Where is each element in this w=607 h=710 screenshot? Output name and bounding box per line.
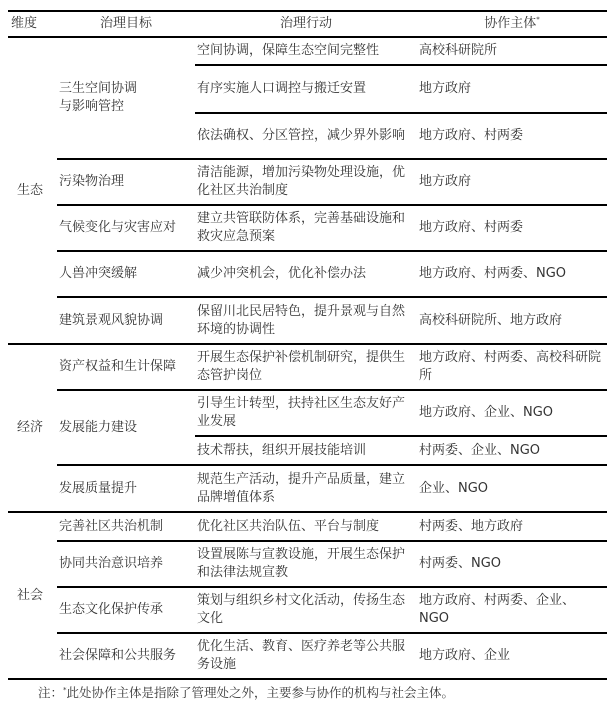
table-row: 生态文化保护传承 策划与组织乡村文化活动，传扬生态文化 地方政府、村两委、企业、… [8, 587, 607, 633]
footnote-prefix: 注： [38, 685, 63, 700]
action-cell: 保留川北民居特色，提升景观与自然环境的协调性 [195, 297, 417, 344]
action-cell: 清洁能源，增加污染物处理设施，优化社区共治制度 [195, 159, 417, 205]
actor-cell: 地方政府、村两委 [417, 205, 607, 251]
header-action: 治理行动 [195, 11, 417, 37]
actor-cell: 地方政府、村两委、高校科研院所 [417, 344, 607, 390]
table-row: 生态 三生空间协调 与影响管控 空间协调，保障生态空间完整性 高校科研院所 [8, 37, 607, 65]
action-cell: 有序实施人口调控与搬迁安置 [195, 65, 417, 113]
dimension-cell-ecology: 生态 [8, 37, 57, 344]
goal-cell: 社会保障和公共服务 [57, 633, 195, 679]
actor-cell: 地方政府、企业 [417, 633, 607, 679]
table-row: 发展质量提升 规范生产活动，提升产品质量，建立品牌增值体系 企业、NGO [8, 465, 607, 512]
actor-cell: 地方政府、企业、NGO [417, 390, 607, 436]
goal-line: 三生空间协调 [59, 80, 193, 98]
goal-cell: 污染物治理 [57, 159, 195, 205]
header-actor-label: 协作主体 [484, 16, 536, 31]
footnote-marker: * [536, 16, 540, 24]
header-goal: 治理目标 [57, 11, 195, 37]
action-cell: 依法确权、分区管控，减少界外影响 [195, 113, 417, 159]
dimension-cell-society: 社会 [8, 512, 57, 679]
action-cell: 开展生态保护补偿机制研究，提供生态管护岗位 [195, 344, 417, 390]
table-row: 社会保障和公共服务 优化生活、教育、医疗养老等公共服务设施 地方政府、企业 [8, 633, 607, 679]
table-row: 气候变化与灾害应对 建立共管联防体系，完善基础设施和救灾应急预案 地方政府、村两… [8, 205, 607, 251]
actor-cell: 高校科研院所、地方政府 [417, 297, 607, 344]
actor-cell: 高校科研院所 [417, 37, 607, 65]
actor-cell: 地方政府、村两委、NGO [417, 251, 607, 297]
table-header-row: 维度 治理目标 治理行动 协作主体* [8, 11, 607, 37]
goal-cell: 气候变化与灾害应对 [57, 205, 195, 251]
action-cell: 建立共管联防体系，完善基础设施和救灾应急预案 [195, 205, 417, 251]
action-cell: 优化社区共治队伍、平台与制度 [195, 512, 417, 541]
action-cell: 规范生产活动，提升产品质量，建立品牌增值体系 [195, 465, 417, 512]
goal-cell: 完善社区共治机制 [57, 512, 195, 541]
goal-cell: 人兽冲突缓解 [57, 251, 195, 297]
action-cell: 优化生活、教育、医疗养老等公共服务设施 [195, 633, 417, 679]
table-row: 协同共治意识培养 设置展陈与宣教设施，开展生态保护和法律法规宣教 村两委、NGO [8, 541, 607, 587]
footnote-text: 此处协作主体是指除了管理处之外，主要参与协作的机构与社会主体。 [67, 685, 455, 700]
actor-cell: 地方政府 [417, 65, 607, 113]
goal-cell: 建筑景观风貌协调 [57, 297, 195, 344]
action-cell: 引导生计转型，扶持社区生态友好产业发展 [195, 390, 417, 436]
action-cell: 策划与组织乡村文化活动，传扬生态文化 [195, 587, 417, 633]
goal-cell: 协同共治意识培养 [57, 541, 195, 587]
table-row: 人兽冲突缓解 减少冲突机会，优化补偿办法 地方政府、村两委、NGO [8, 251, 607, 297]
action-cell: 设置展陈与宣教设施，开展生态保护和法律法规宣教 [195, 541, 417, 587]
actor-cell: 村两委、NGO [417, 541, 607, 587]
goal-cell: 三生空间协调 与影响管控 [57, 37, 195, 159]
table-row: 发展能力建设 引导生计转型，扶持社区生态友好产业发展 地方政府、企业、NGO [8, 390, 607, 436]
table-row: 污染物治理 清洁能源，增加污染物处理设施，优化社区共治制度 地方政府 [8, 159, 607, 205]
goal-cell: 生态文化保护传承 [57, 587, 195, 633]
action-cell: 减少冲突机会，优化补偿办法 [195, 251, 417, 297]
table-row: 社会 完善社区共治机制 优化社区共治队伍、平台与制度 村两委、地方政府 [8, 512, 607, 541]
goal-line: 与影响管控 [59, 98, 193, 116]
actor-cell: 地方政府、村两委 [417, 113, 607, 159]
table-footnote: 注：*此处协作主体是指除了管理处之外，主要参与协作的机构与社会主体。 [38, 683, 454, 701]
table-row: 建筑景观风貌协调 保留川北民居特色，提升景观与自然环境的协调性 高校科研院所、地… [8, 297, 607, 344]
action-cell: 技术帮扶，组织开展技能培训 [195, 436, 417, 465]
table-row: 经济 资产权益和生计保障 开展生态保护补偿机制研究，提供生态管护岗位 地方政府、… [8, 344, 607, 390]
actor-cell: 村两委、企业、NGO [417, 436, 607, 465]
action-cell: 空间协调，保障生态空间完整性 [195, 37, 417, 65]
actor-cell: 村两委、地方政府 [417, 512, 607, 541]
actor-cell: 企业、NGO [417, 465, 607, 512]
actor-cell: 地方政府、村两委、企业、NGO [417, 587, 607, 633]
dimension-cell-economy: 经济 [8, 344, 57, 512]
governance-table: 维度 治理目标 治理行动 协作主体* 生态 三生空间协调 与影响管控 空间协调，… [8, 10, 607, 680]
header-dimension: 维度 [8, 11, 57, 37]
actor-cell: 地方政府 [417, 159, 607, 205]
goal-cell: 资产权益和生计保障 [57, 344, 195, 390]
header-actor: 协作主体* [417, 11, 607, 37]
page: 维度 治理目标 治理行动 协作主体* 生态 三生空间协调 与影响管控 空间协调，… [0, 0, 607, 710]
goal-cell: 发展质量提升 [57, 465, 195, 512]
goal-cell: 发展能力建设 [57, 390, 195, 465]
